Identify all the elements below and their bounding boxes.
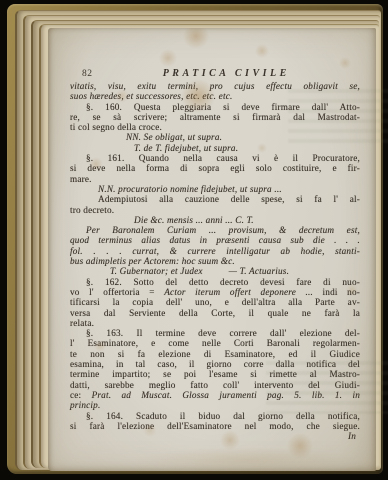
text-line: ce: Prat. ad Muscat. Glossa juramenti pa… (70, 390, 360, 400)
catchword: In (70, 431, 360, 441)
text-block: 82 PRATICA CIVILE vitatis, visu, exitu t… (70, 68, 360, 441)
text-line: tificarsi la copia dell' uno, e dell'alt… (70, 297, 360, 307)
text-line: versa dal Serviente della Corte, il qual… (70, 308, 360, 318)
text-line: datti, sarebbe meglio fatto coll' interv… (70, 380, 360, 390)
text-line: termine impartito; se poi l'esame si rim… (70, 369, 360, 379)
text-line: tro decreto. (70, 205, 360, 215)
text-line: T. Gubernator; et Judex— T. Actuarius. (70, 266, 360, 276)
running-title: PRATICA CIVILE (93, 68, 361, 79)
text-line: vitatis, visu, exitu termini, pro cujus … (70, 81, 360, 91)
page-number: 82 (82, 69, 93, 79)
text-line: §. 163. Il termine deve correre dall' el… (70, 328, 360, 338)
text-line: vo l' offertoria = Actor iterum offert d… (70, 287, 360, 297)
text-line: bus adimpletis per Actorem: hoc suum &c. (70, 256, 360, 266)
book-photo: 82 PRATICA CIVILE vitatis, visu, exitu t… (0, 0, 388, 480)
text-line: N.N. procuratorio nomine fidejubet, ut s… (70, 184, 360, 194)
text-line: esamina, in tal caso, il giorno corre da… (70, 359, 360, 369)
text-line: relata. (70, 318, 360, 328)
text-line: Per Baronalem Curiam ... provisum, & dec… (70, 225, 360, 235)
text-line: suos hæredes, et successores, etc. etc. … (70, 91, 360, 101)
text-line: T. de T. fidejubet, ut supra. (70, 143, 360, 153)
text-line: re, se sà scrivere; altramente si firmar… (70, 112, 360, 122)
text-line: §. 164. Scaduto il biduo dal giorno dell… (70, 411, 360, 421)
text-line: Adempiutosi alla cauzione delle spese, s… (70, 194, 360, 204)
text-line: NN. Se obligat, ut supra. (70, 132, 360, 142)
scanned-page: 82 PRATICA CIVILE vitatis, visu, exitu t… (48, 28, 376, 471)
text-line: princip. (70, 400, 360, 410)
text-line: ti col segno della croce. (70, 122, 360, 132)
text-line: te non si fa elezione di Esaminatore, ed… (70, 349, 360, 359)
text-line: mare. (70, 174, 360, 184)
text-line: Die &c. mensis ... anni ... C. T. (70, 215, 360, 225)
text-line: §. 161. Quando nella causa vi è il Procu… (70, 153, 360, 163)
text-line: l' Esaminatore, e come nelle Corti Baron… (70, 338, 360, 348)
text-line: fol. . . . currat, & currere intelligatu… (70, 246, 360, 256)
text-line: si farà l'elezione dell'Esaminatore nel … (70, 421, 360, 431)
page-header: 82 PRATICA CIVILE (70, 68, 360, 80)
text-line: §. 162. Sotto del detto decreto devesi f… (70, 277, 360, 287)
text-line: quod terminus alias datus in præsenti ca… (70, 235, 360, 245)
text-line: §. 160. Questa pleggiaria si deve firmar… (70, 102, 360, 112)
text-line: si deve nella forma di sopra egli solo c… (70, 163, 360, 173)
